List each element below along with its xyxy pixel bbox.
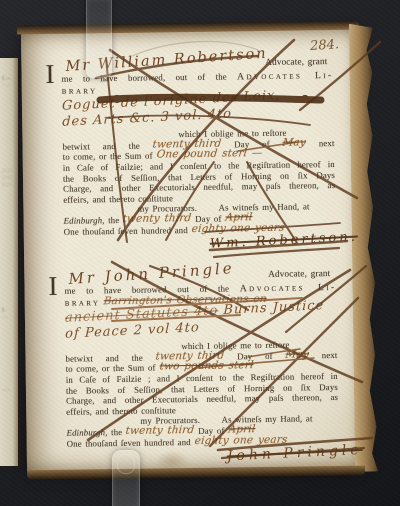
penalty-sum-handwritten: One pound sterl — [156, 148, 263, 160]
facing-page-text-ghost: I··· [2, 308, 8, 322]
page-fore-edge [349, 23, 379, 471]
library-caps: Advocates Li- [237, 70, 334, 82]
conservation-strap-bottom [112, 450, 140, 506]
facing-page-text-ghost: :::::::::::: [2, 168, 13, 189]
drop-cap-initial: I [45, 62, 54, 86]
return-month-handwritten: May [282, 137, 307, 148]
facing-page-edge: I—··· :::::::::::: I··· ··· [0, 58, 18, 466]
library-caps: brary [65, 297, 101, 308]
facing-page-text-ghost: I—··· [2, 76, 12, 90]
signing-day-handwritten: twenty third [125, 425, 195, 437]
grant-text: Advocate, grant [268, 268, 330, 279]
ledger-entry-robertson: Mr William Robertson I Advocate, grant m… [61, 56, 336, 254]
conservation-strap-top [86, 0, 112, 78]
return-month-handwritten: May [285, 349, 310, 360]
ledger-page: 284. Mr William Robertson I Advocate, gr… [21, 28, 359, 473]
year-handwritten: eighty one years [194, 434, 288, 446]
photographed-ledger-page: I—··· :::::::::::: I··· ··· 284. Mr Will… [0, 0, 400, 506]
library-caps: brary [62, 85, 98, 96]
year-handwritten: eighty one years [191, 222, 285, 234]
signing-day-handwritten: twenty third [122, 213, 192, 225]
grant-text: Advocate, grant [265, 56, 327, 67]
penalty-sum-handwritten: two pounds sterl [159, 360, 254, 372]
drop-cap-initial: I [48, 274, 57, 298]
ledger-entry-pringle: Mr John Pringle I Advocate, grant me to … [64, 268, 339, 467]
page-number: 284. [310, 37, 340, 54]
facing-page-text-ghost: ··· [2, 388, 11, 395]
